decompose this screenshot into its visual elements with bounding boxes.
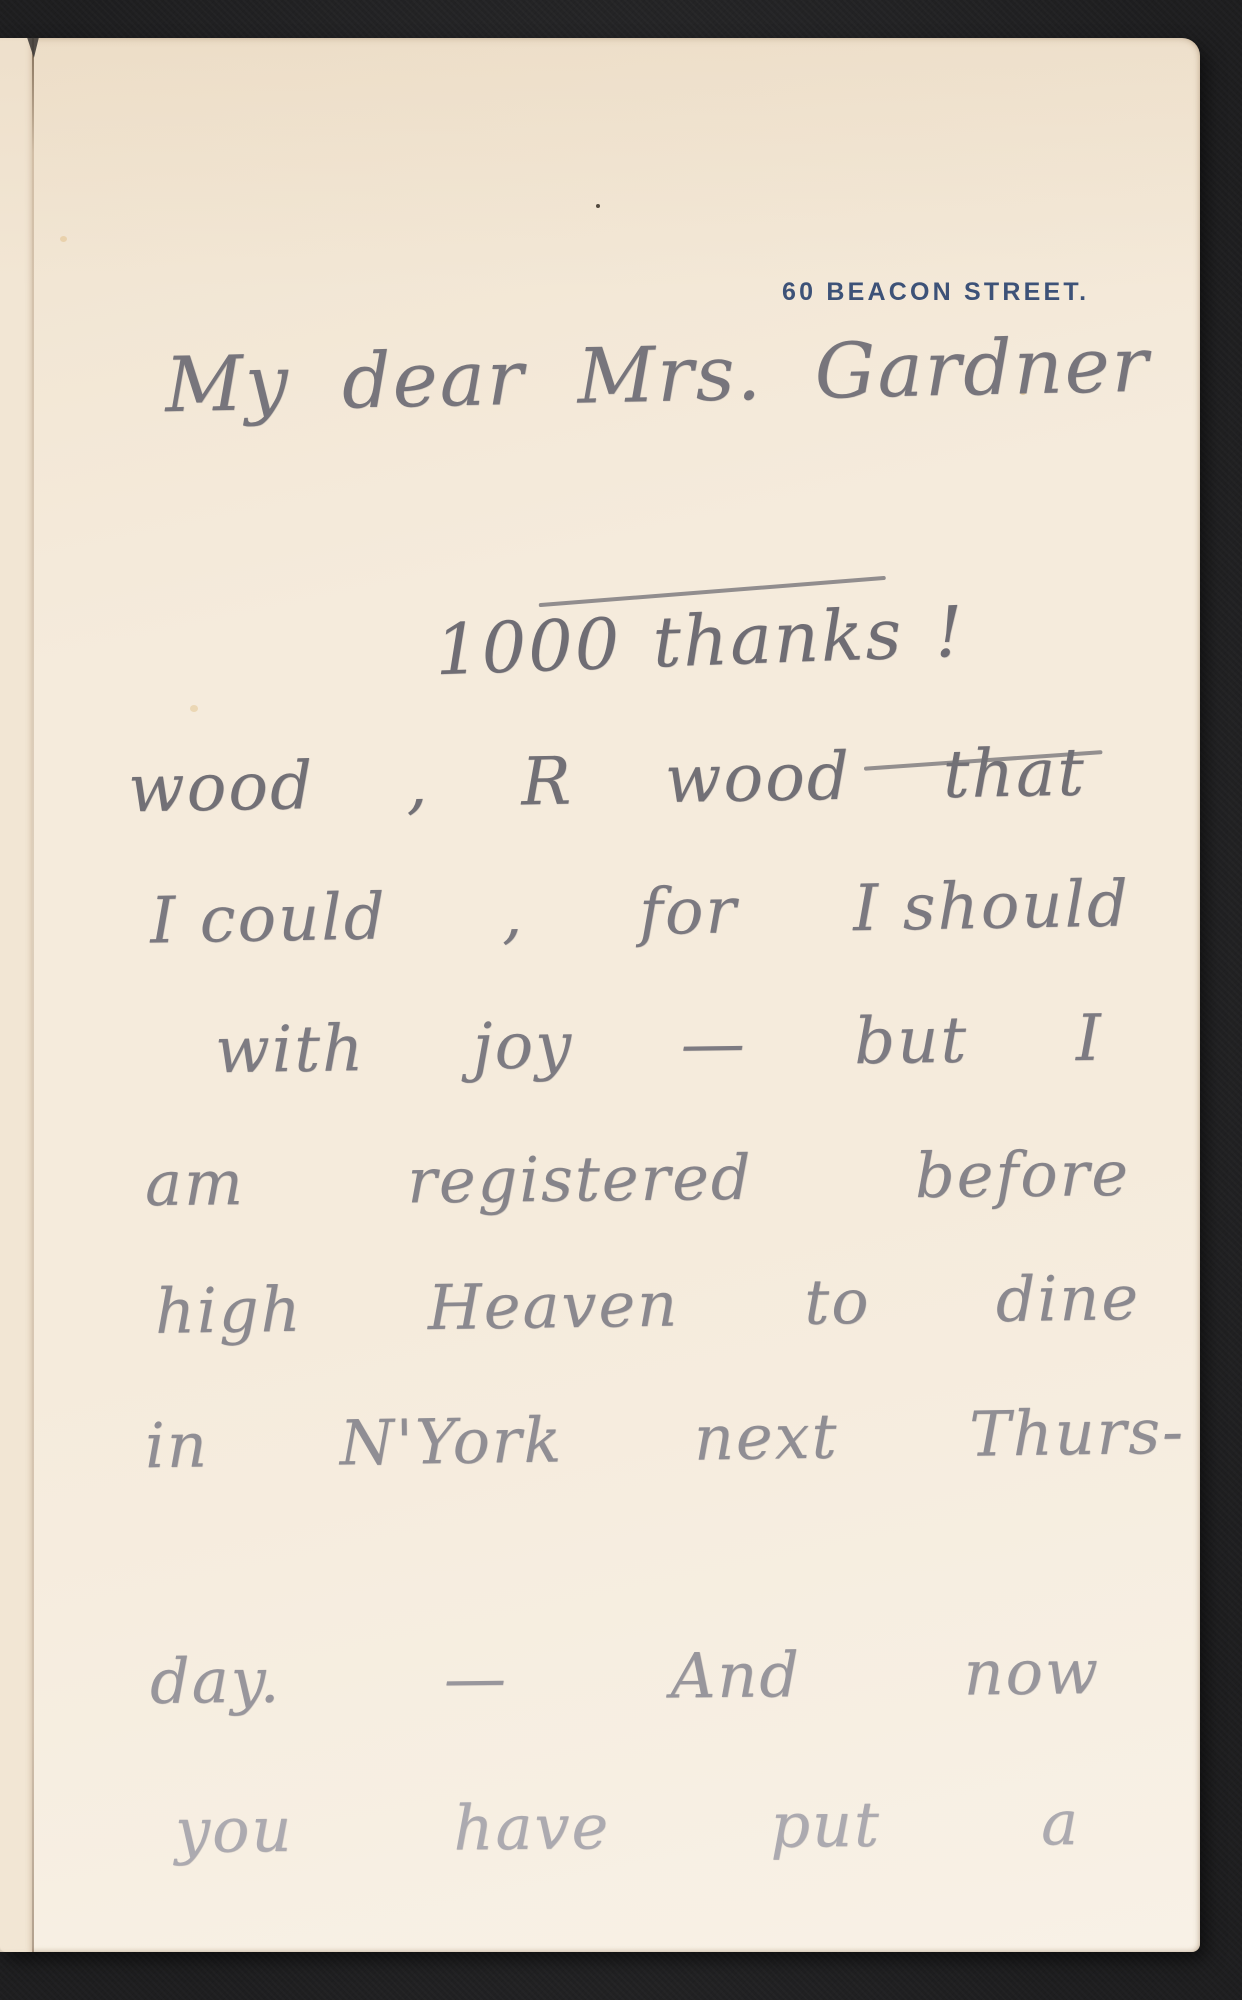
handwriting-line: youhaveputa xyxy=(175,1786,1081,1867)
handwritten-word: N'York xyxy=(339,1403,563,1479)
handwritten-word: put xyxy=(770,1788,881,1862)
handwritten-word: I xyxy=(1075,1002,1103,1076)
handwritten-word: Heaven xyxy=(427,1268,679,1345)
handwritten-word: registered xyxy=(407,1141,753,1218)
handwritten-word: you xyxy=(175,1793,294,1867)
handwriting-line: highHeaventodine xyxy=(155,1261,1141,1348)
handwriting-line: 1000thanks! xyxy=(434,591,967,691)
handwritten-word: ! xyxy=(933,591,966,674)
handwriting-line: MydearMrs.Gardner xyxy=(164,320,1151,430)
handwritten-word: dear xyxy=(341,333,526,426)
handwriting-line: day.—Andnow xyxy=(150,1635,1101,1718)
handwritten-word: dine xyxy=(995,1261,1140,1336)
handwritten-word: joy xyxy=(472,1009,574,1084)
handwritten-word: have xyxy=(453,1790,610,1864)
handwritten-word: I should xyxy=(852,867,1130,946)
handwritten-word: wood xyxy=(664,738,852,818)
handwritten-word: to xyxy=(804,1265,871,1339)
handwritten-word: high xyxy=(155,1273,303,1348)
handwritten-word: , xyxy=(501,878,525,952)
handwritten-word: now xyxy=(963,1635,1100,1709)
handwritten-word: thanks xyxy=(651,593,904,684)
handwritten-word: , xyxy=(406,745,430,822)
letter-page: 60 BEACON STREET. MydearMrs.Gardner1000t… xyxy=(0,38,1200,1952)
handwritten-word: day. xyxy=(150,1644,282,1718)
handwritten-word: And xyxy=(670,1638,801,1712)
handwritten-word: Thurs- xyxy=(969,1395,1186,1471)
handwritten-word: wood xyxy=(127,747,315,827)
handwritten-word: before xyxy=(915,1137,1131,1212)
handwriting-body: MydearMrs.Gardner1000thanks!wood,Rwoodth… xyxy=(0,38,1200,1952)
handwritten-word: Mrs. xyxy=(576,328,763,421)
handwritten-word: My xyxy=(164,338,291,430)
handwritten-word: but xyxy=(854,1004,969,1080)
handwritten-word: Gardner xyxy=(814,320,1151,416)
handwritten-word: I could xyxy=(149,880,387,958)
handwriting-line: withjoy—butI xyxy=(215,1002,1104,1088)
handwritten-word: R xyxy=(521,743,574,821)
handwritten-word: for xyxy=(639,874,739,950)
handwritten-word: 1000 xyxy=(434,603,623,691)
handwritten-word: next xyxy=(693,1400,839,1475)
handwritten-word: that xyxy=(942,734,1086,813)
handwritten-word: am xyxy=(145,1146,246,1220)
handwritten-word: — xyxy=(680,1007,747,1082)
handwriting-line: inN'YorknextThurs- xyxy=(145,1395,1186,1483)
handwritten-word: in xyxy=(145,1408,210,1482)
handwritten-word: — xyxy=(443,1641,508,1715)
handwriting-line: amregisteredbefore xyxy=(145,1137,1131,1220)
photo-backdrop: 60 BEACON STREET. MydearMrs.Gardner1000t… xyxy=(0,0,1242,2000)
handwriting-line: wood,Rwoodthat xyxy=(127,734,1086,828)
handwriting-line: I could,forI should xyxy=(149,867,1130,958)
handwritten-word: a xyxy=(1041,1786,1081,1859)
handwritten-word: with xyxy=(215,1012,366,1088)
